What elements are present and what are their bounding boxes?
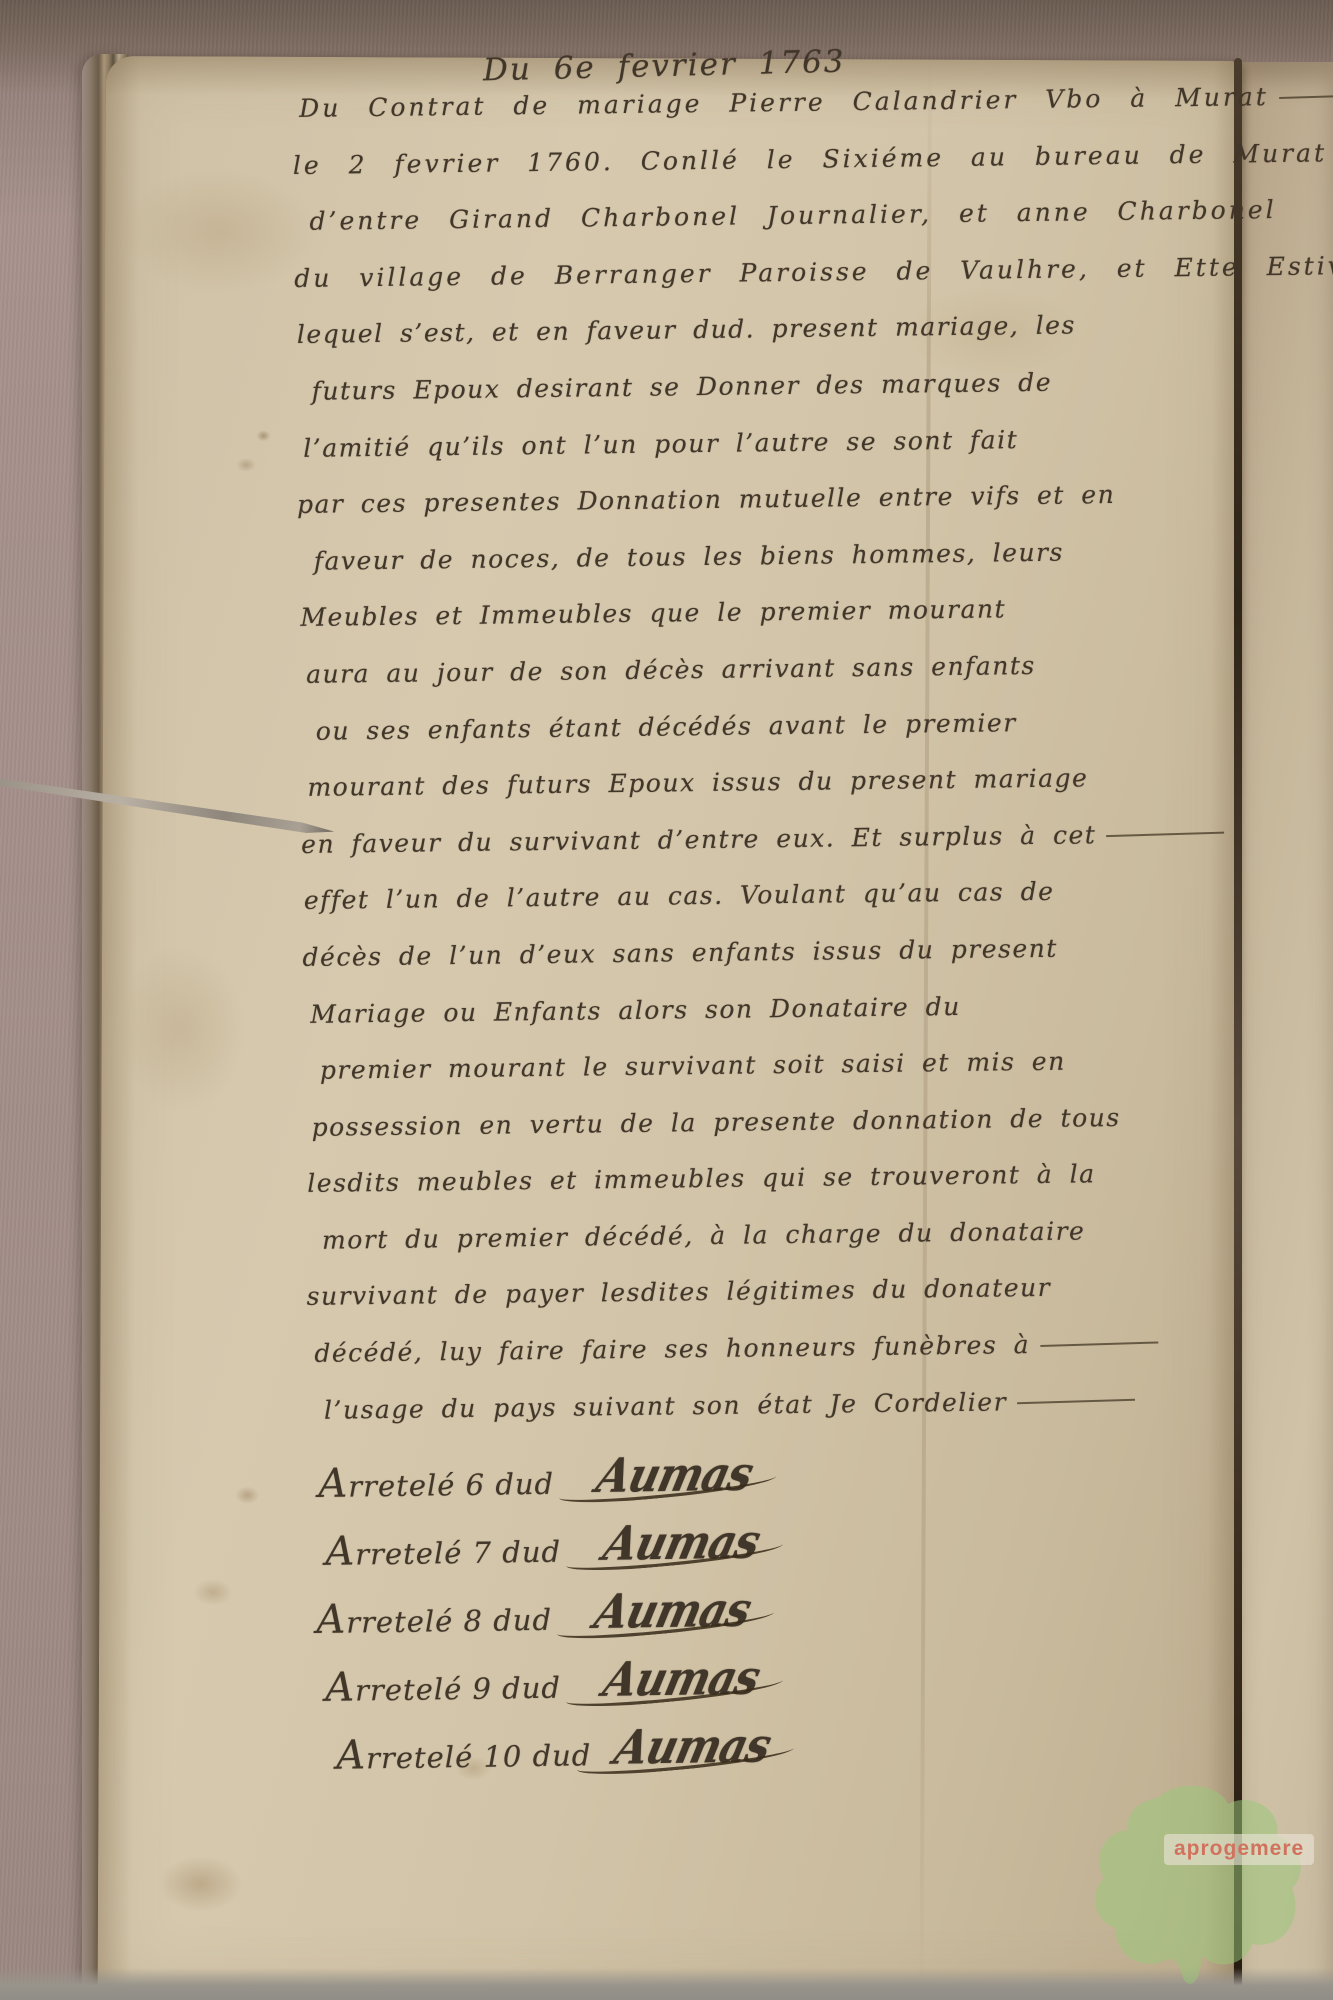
controller-signature: Aumas — [599, 1514, 765, 1571]
manuscript-text-block: Du Contrat de mariage Pierre Calandrier … — [292, 82, 1254, 1452]
manuscript-photo: Du 6e fevrier 1763 Du Contrat de mariage… — [0, 0, 1333, 2000]
controle-block: Arretelé 6 dud Aumas Arretelé 7 dud Auma… — [318, 1452, 763, 1804]
controle-label: Arretelé 9 dud — [325, 1661, 594, 1711]
controller-signature: Aumas — [610, 1718, 776, 1775]
watermark-blob-icon — [1096, 1784, 1333, 1994]
controle-label: Arretelé 7 dud — [325, 1525, 594, 1575]
controle-row: Arretelé 10 dud Aumas — [336, 1724, 764, 1804]
watermark-label: aprogemere — [1164, 1834, 1314, 1865]
controller-signature: Aumas — [590, 1582, 756, 1639]
controle-label: Arretelé 8 dud — [316, 1593, 585, 1643]
controller-signature: Aumas — [599, 1650, 765, 1707]
controle-label: Arretelé 6 dud — [318, 1457, 587, 1507]
controle-label: Arretelé 10 dud — [336, 1729, 605, 1779]
facing-page-edge — [1236, 62, 1333, 2000]
manuscript-line: l’usage du pays suivant son état Je Cord… — [324, 1384, 1254, 1452]
controller-signature: Aumas — [592, 1446, 758, 1503]
aprogemere-watermark: aprogemere — [1096, 1784, 1333, 1994]
